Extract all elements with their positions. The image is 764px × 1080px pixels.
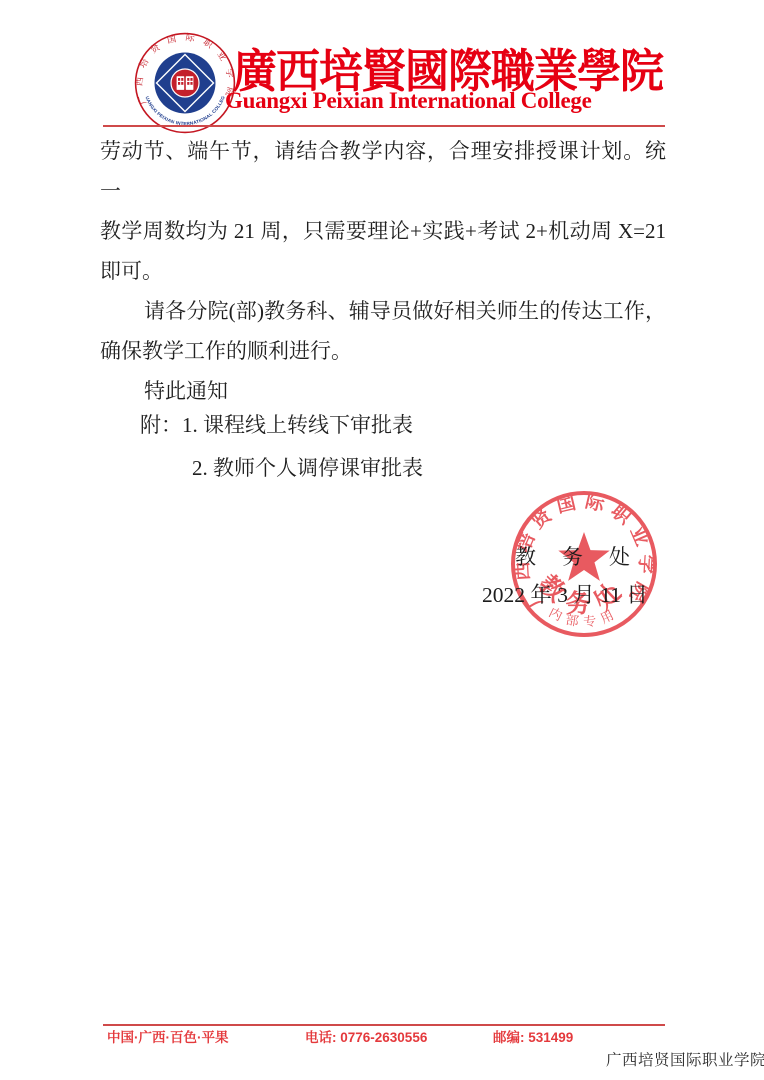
header-divider [103, 125, 665, 127]
college-title-cn: 廣西培賢國際職業學院 [233, 34, 669, 90]
college-title-en: Guangxi Peixian International College [225, 88, 665, 114]
document-page: 广西培贤国际职业学院 GUANGXI PEIXIAN INTERNATIONAL… [0, 0, 764, 1080]
body-line: 确保教学工作的顺利进行。 [100, 331, 666, 371]
footer-divider [103, 1024, 665, 1026]
attachment-item-2: 2. 教师个人调停课审批表 [100, 447, 666, 490]
footer-location: 中国·广西·百色·平果 [107, 1029, 229, 1046]
body-line: 即可。 [100, 251, 666, 291]
signature-department: 教务处 [515, 541, 656, 571]
body-line: 教学周数均为 21 周，只需要理论+实践+考试 2+机动周 X=21 [100, 211, 666, 251]
attachment-item-1: 附：1. 课程线上转线下审批表 [100, 404, 666, 447]
body-line: 请各分院(部)教务科、辅导员做好相关师生的传达工作， [100, 291, 666, 331]
footer-postal-code: 邮编: 531499 [493, 1029, 573, 1046]
attachments-list: 附：1. 课程线上转线下审批表 2. 教师个人调停课审批表 [100, 404, 666, 490]
college-logo-icon: 广西培贤国际职业学院 GUANGXI PEIXIAN INTERNATIONAL… [134, 32, 236, 134]
footer-college-name: 广西培贤国际职业学院 [606, 1048, 764, 1070]
footer-phone: 电话: 0776-2630556 [305, 1029, 427, 1046]
notice-body: 劳动节、端午节，请结合教学内容，合理安排授课计划。统一 教学周数均为 21 周，… [100, 131, 666, 411]
body-line: 劳动节、端午节，请结合教学内容，合理安排授课计划。统一 [100, 131, 666, 211]
signature-date: 2022 年 3 月 11 日 [482, 578, 648, 609]
logo-center-disc [171, 69, 199, 97]
